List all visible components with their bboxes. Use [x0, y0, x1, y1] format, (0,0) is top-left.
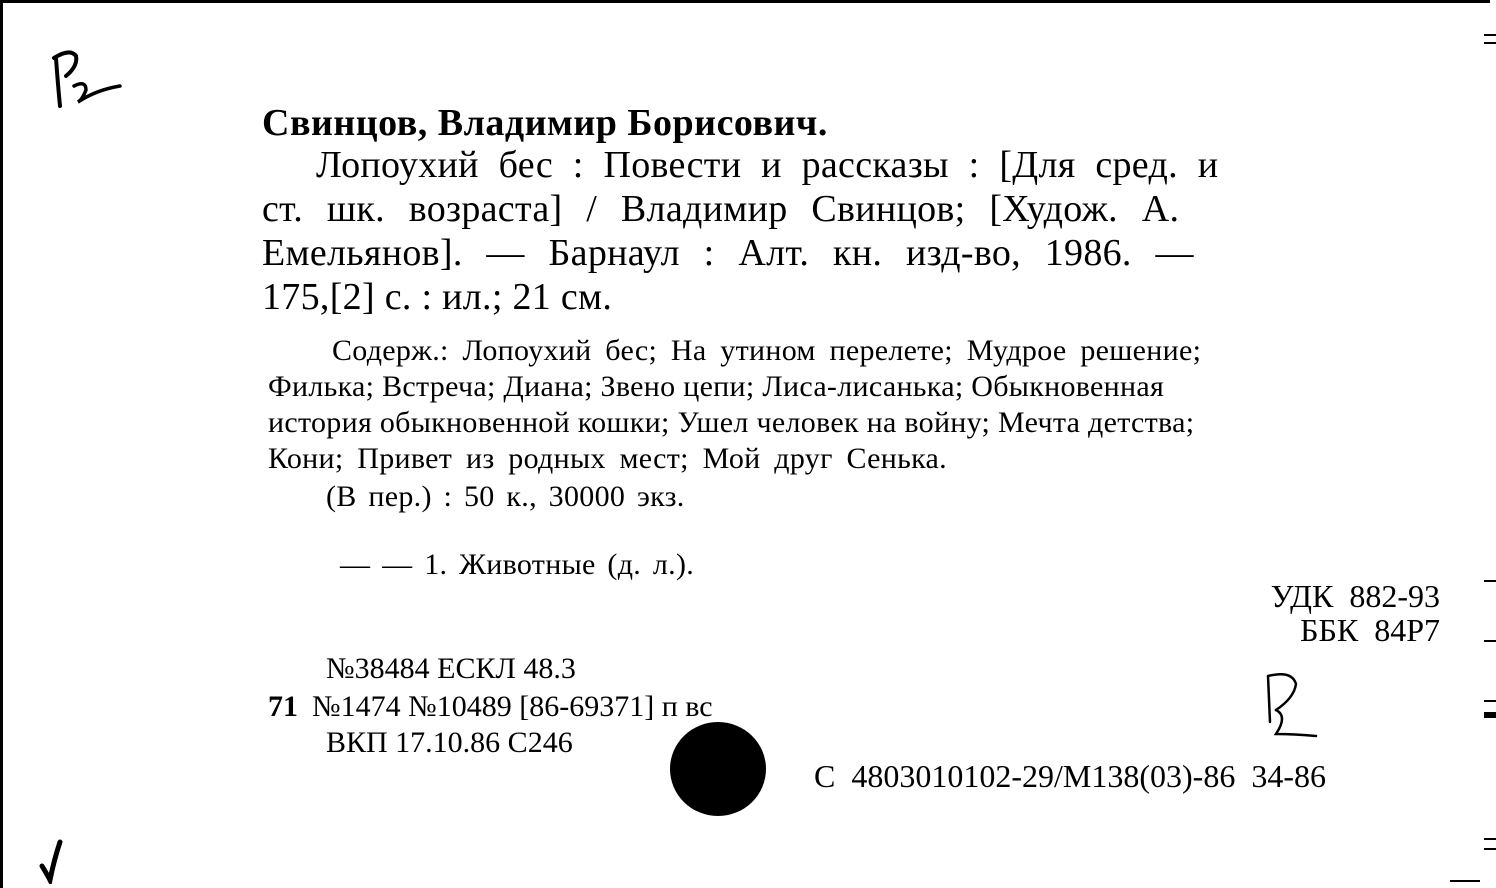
- title-line: Емельянов]. — Барнаул : Алт. кн. изд-во,…: [262, 234, 1194, 272]
- punch-hole: [670, 722, 766, 816]
- registration-numbers: №1474 №10489 [86-69371] п вс: [312, 690, 713, 723]
- edge-mark: [1484, 42, 1496, 44]
- edge-mark: [1484, 34, 1496, 36]
- registration-line: №38484 ЕСКЛ 48.3: [326, 654, 576, 684]
- edge-mark: [1484, 848, 1496, 850]
- edge-mark: [1484, 640, 1496, 642]
- subject-line: — — 1. Животные (д. л.).: [340, 550, 694, 580]
- price-line: (В пер.) : 50 к., 30000 экз.: [326, 482, 685, 512]
- title-line: 175,[2] с. : ил.; 21 см.: [262, 278, 612, 316]
- contents-line: Содерж.: Лопоухий бес; На утином перелет…: [332, 336, 1201, 366]
- card-top-border: [0, 0, 1490, 3]
- handwritten-initials-icon: [44, 46, 124, 110]
- checkmark-icon: [38, 838, 68, 884]
- card-number: 71: [268, 690, 298, 723]
- edge-mark: [1484, 838, 1496, 840]
- handwritten-initials-icon: [1262, 670, 1322, 746]
- registration-line: ВКП 17.10.86 С246: [326, 728, 573, 758]
- contents-line: Филька; Встреча; Диана; Звено цепи; Лиса…: [268, 372, 1164, 402]
- card-left-border: [0, 0, 3, 888]
- contents-line: Кони; Привет из родных мест; Мой друг Се…: [268, 444, 947, 474]
- contents-line: история обыкновенной кошки; Ушел человек…: [268, 408, 1194, 438]
- bbk-code: ББК 84Р7: [1300, 614, 1440, 646]
- registration-line: 71№1474 №10489 [86-69371] п вс: [268, 692, 713, 722]
- edge-mark: [1484, 580, 1496, 582]
- edge-mark: [1484, 712, 1496, 718]
- edge-mark: [1450, 880, 1480, 882]
- library-catalog-card: Свинцов, Владимир Борисович. Лопоухий бе…: [0, 0, 1496, 888]
- author-heading: Свинцов, Владимир Борисович.: [262, 104, 828, 142]
- udk-code: УДК 882-93: [1271, 580, 1440, 612]
- publisher-code: С 4803010102-29/М138(03)-86 34-86: [814, 760, 1326, 792]
- title-line: ст. шк. возраста] / Владимир Свинцов; [Х…: [262, 190, 1179, 228]
- edge-mark: [1484, 700, 1496, 702]
- title-line: Лопоухий бес : Повести и рассказы : [Для…: [316, 146, 1218, 184]
